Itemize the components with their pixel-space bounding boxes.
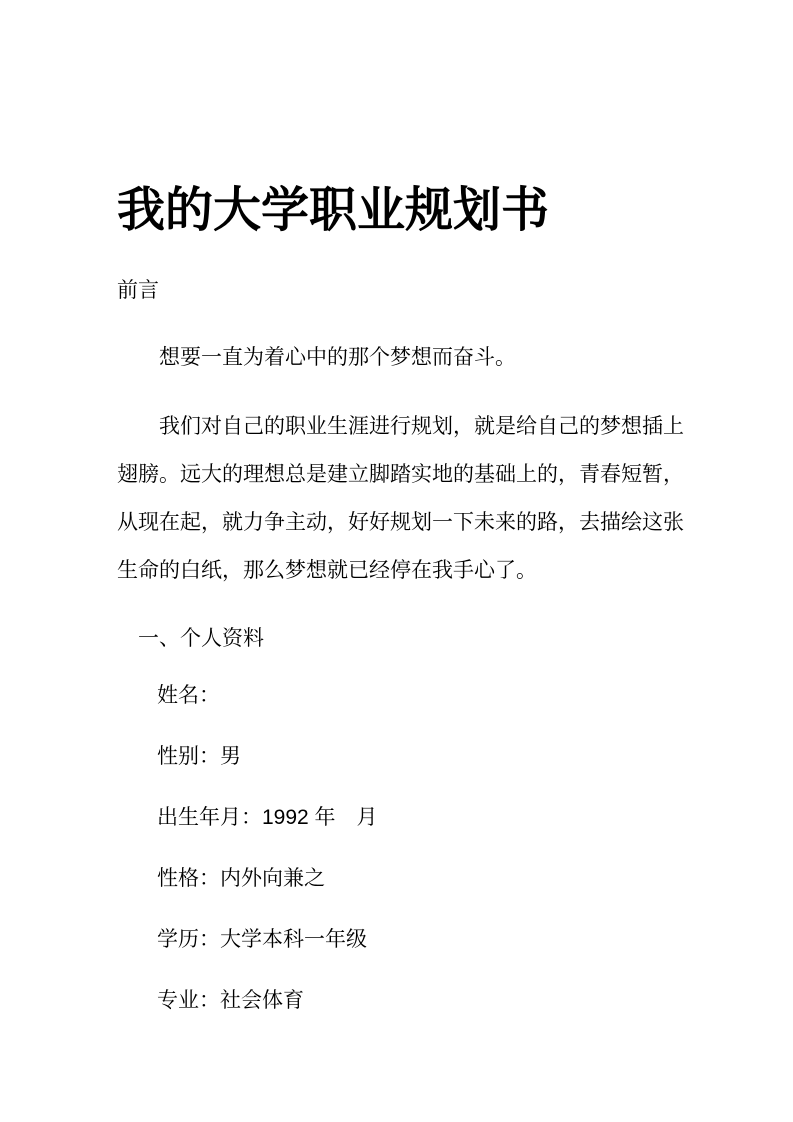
document-page: 我的大学职业规划书 前言 想要一直为着心中的那个梦想而奋斗。 我们对自己的职业生… [0,0,793,1122]
info-name: 姓名： [117,672,687,720]
info-personality: 性格：内外向兼之 [117,855,687,903]
preface-paragraph-1: 想要一直为着心中的那个梦想而奋斗。 [117,334,687,382]
section-heading-personal-info: 一、个人资料 [117,615,687,663]
preface-label: 前言 [117,267,687,315]
document-title: 我的大学职业规划书 [117,182,687,240]
preface-paragraph-2: 我们对自己的职业生涯进行规划，就是给自己的梦想插上翅膀。远大的理想总是建立脚踏实… [117,403,687,595]
info-education: 学历：大学本科一年级 [117,916,687,964]
info-birthdate: 出生年月：1992 年 月 [117,794,687,842]
info-major: 专业：社会体育 [117,977,687,1025]
info-gender: 性别：男 [117,733,687,781]
document-content: 我的大学职业规划书 前言 想要一直为着心中的那个梦想而奋斗。 我们对自己的职业生… [0,182,793,1025]
